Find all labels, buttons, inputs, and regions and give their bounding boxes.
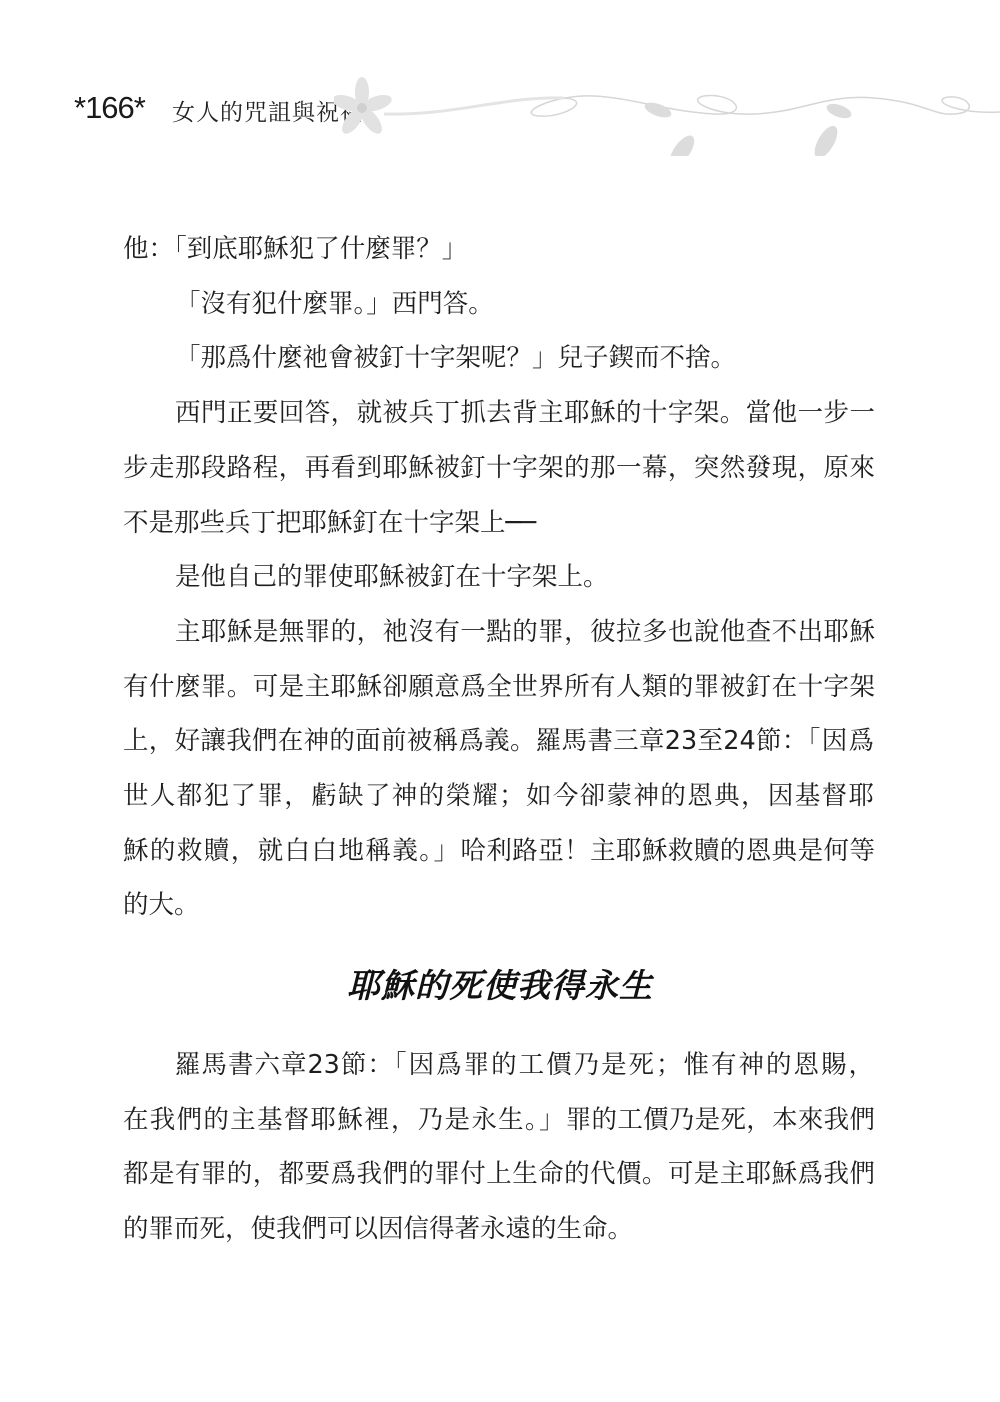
paragraph: 他：「到底耶穌犯了什麼罪？」 <box>123 222 875 277</box>
body-text: 他：「到底耶穌犯了什麼罪？」 「沒有犯什麼罪。」西門答。 「那爲什麼祂會被釘十字… <box>123 222 875 933</box>
section-heading: 耶穌的死使我得永生 <box>0 960 1000 1007</box>
paragraph-text: 羅馬書六章23節： <box>175 1050 394 1080</box>
page-header: *166* 女人的咒詛與祝福 <box>74 84 1000 144</box>
paragraph-with-quote: 主耶穌是無罪的，祂沒有一點的罪，彼拉多也說他查不出耶穌有什麼罪。可是主耶穌卻願意… <box>123 605 875 933</box>
page-number: *166* <box>74 90 145 126</box>
paragraph-text: 主耶穌是無罪的，祂沒有一點的罪，彼拉多也說他查不出耶穌有什麼罪。可是主耶穌卻願意… <box>123 617 875 756</box>
paragraph: 「那爲什麼祂會被釘十字架呢？」兒子鍥而不捨。 <box>123 331 875 386</box>
paragraph: 西門正要回答，就被兵丁抓去背主耶穌的十字架。當他一步一步走那段路程，再看到耶穌被… <box>123 386 875 550</box>
paragraph: 是他自己的罪使耶穌被釘在十字架上。 <box>123 550 875 605</box>
paragraph: 「沒有犯什麼罪。」西門答。 <box>123 277 875 332</box>
paragraph-with-quote: 羅馬書六章23節：「因爲罪的工價乃是死；惟有神的恩賜，在我們的主基督耶穌裡，乃是… <box>123 1038 875 1257</box>
section-body-text: 羅馬書六章23節：「因爲罪的工價乃是死；惟有神的恩賜，在我們的主基督耶穌裡，乃是… <box>123 1038 875 1257</box>
vine-flower-ornament-icon <box>334 56 1000 156</box>
